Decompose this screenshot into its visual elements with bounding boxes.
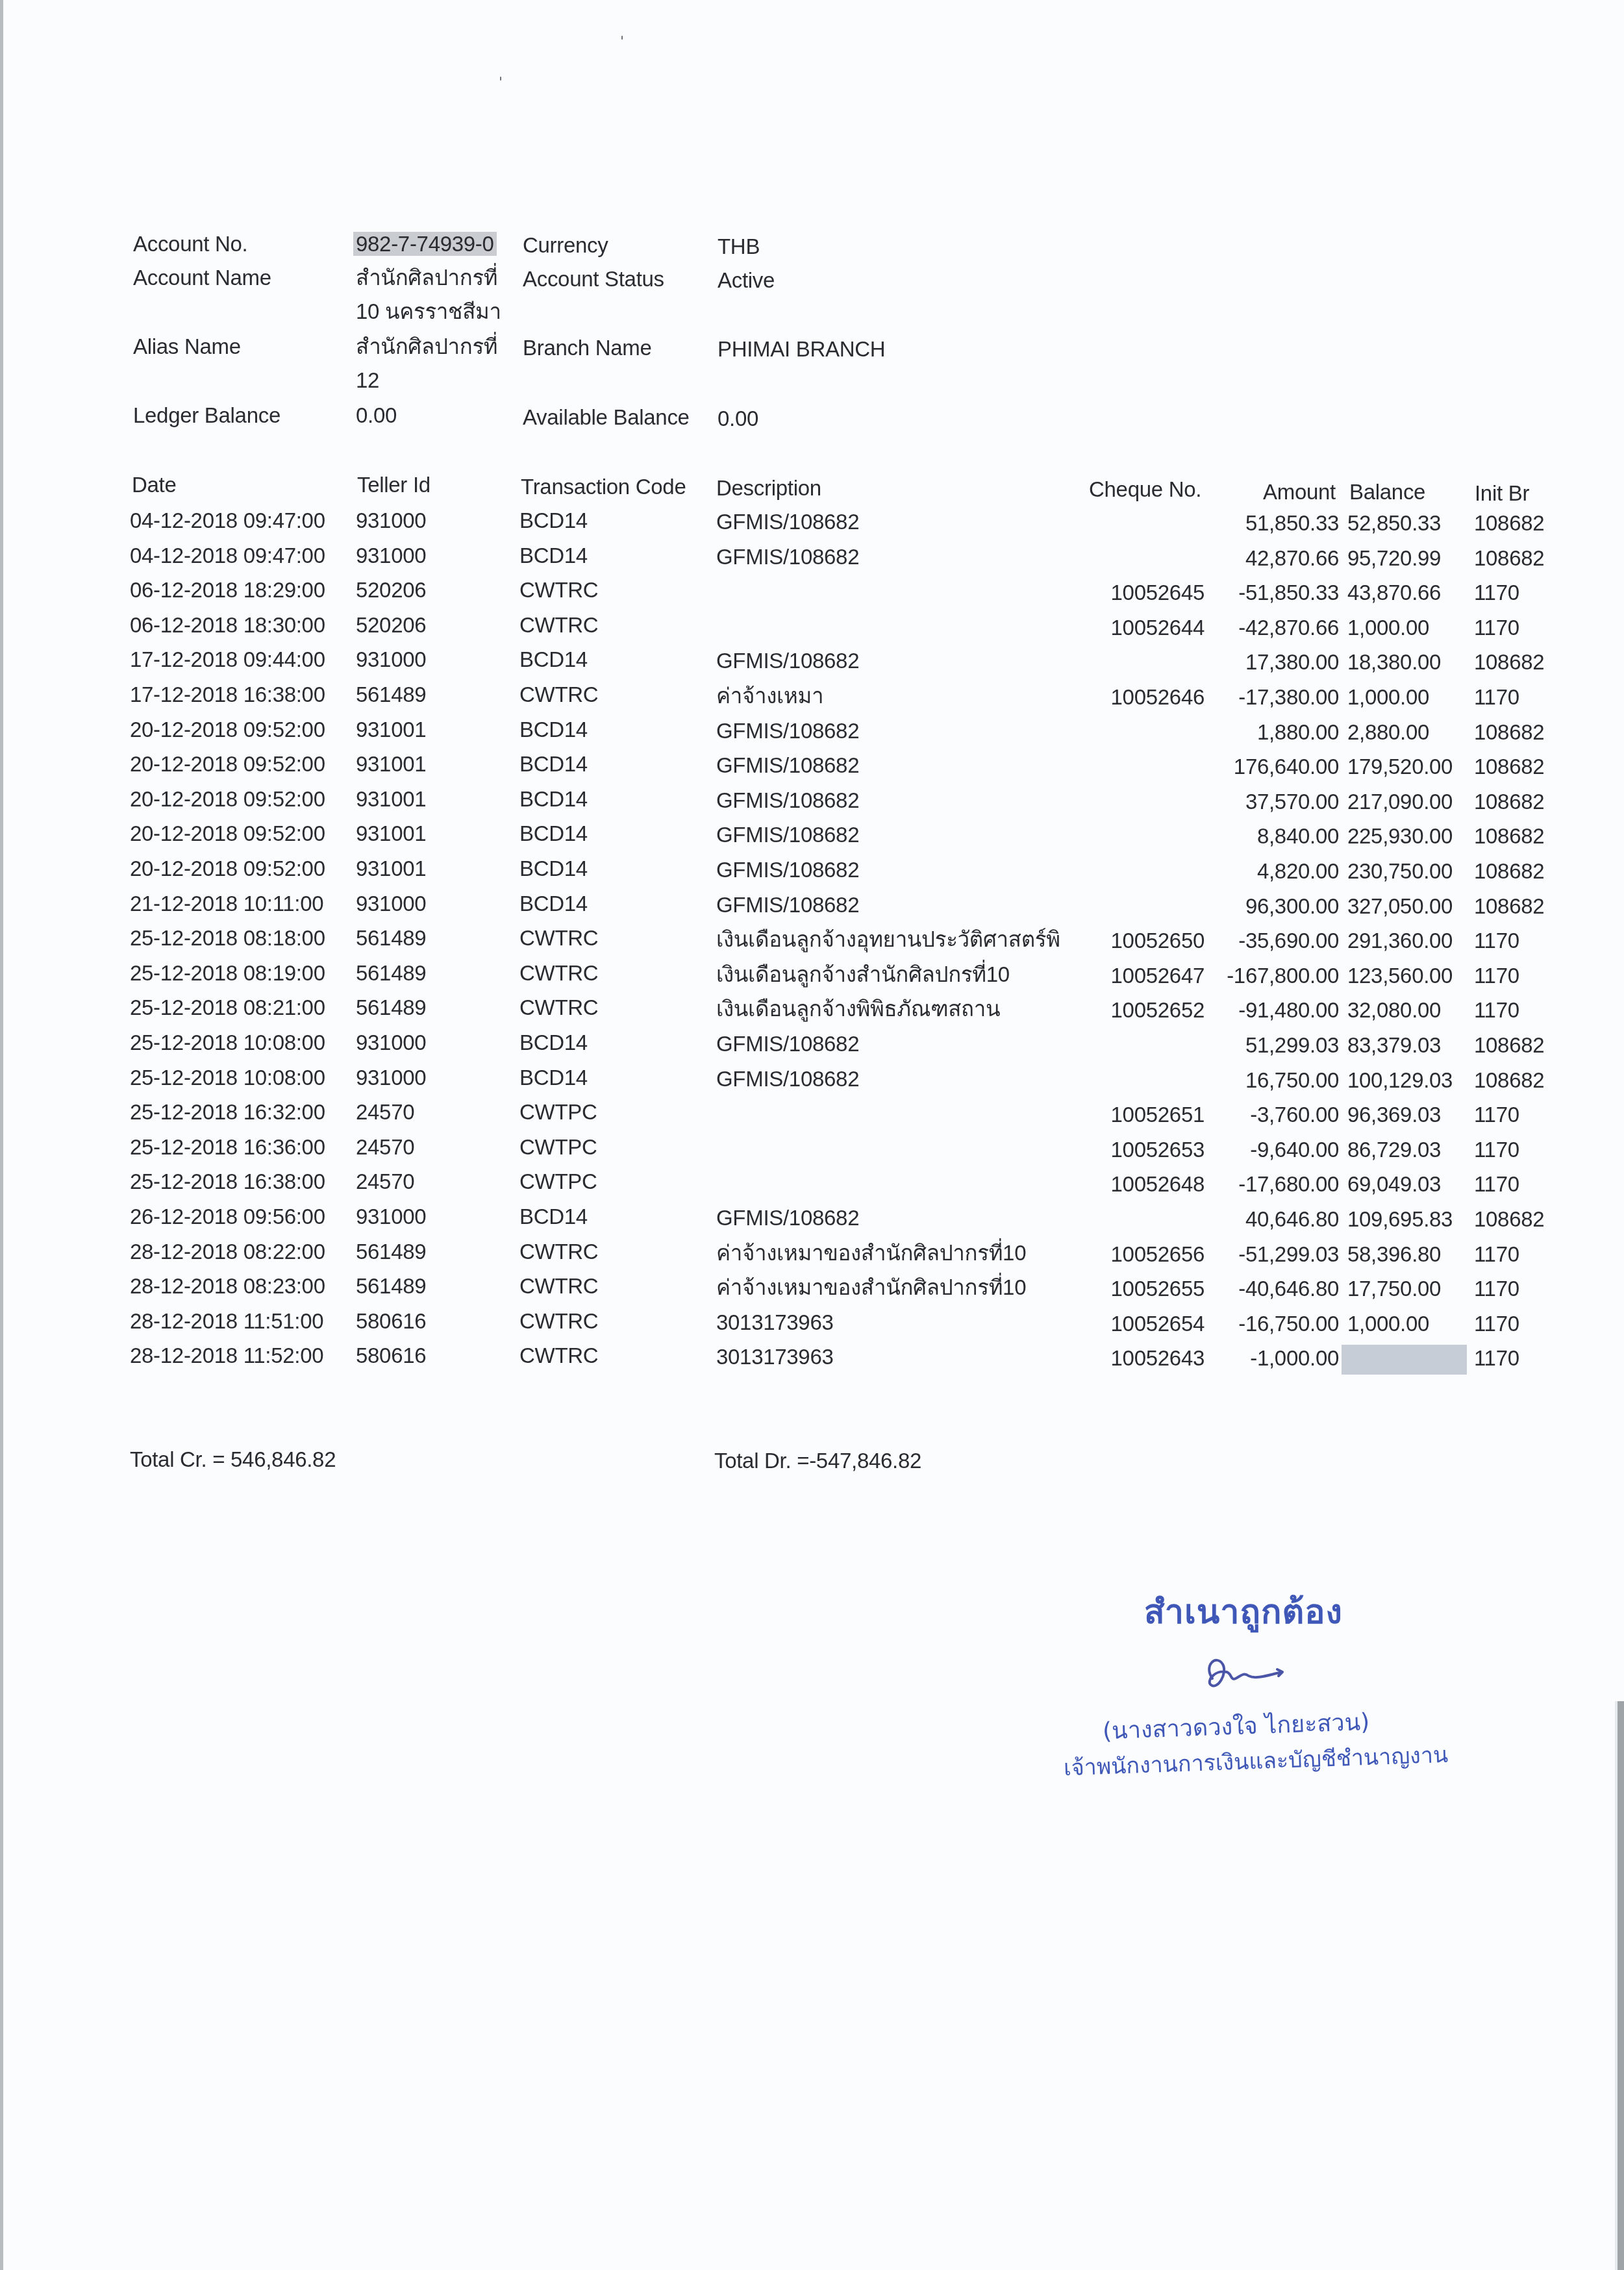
cell-date: 04-12-2018 09:47:00 [130,508,325,534]
cell-transaction-code: CWTRC [519,1308,598,1334]
cell-init-br: 108682 [1474,858,1544,884]
branch-name-value: PHIMAI BRANCH [718,336,885,362]
cell-teller-id: 580616 [356,1308,426,1334]
cell-description: GFMIS/108682 [716,1031,859,1057]
cell-date: 25-12-2018 08:19:00 [130,960,325,986]
cell-teller-id: 931001 [356,786,426,812]
cell-teller-id: 931000 [356,508,426,534]
cell-date: 17-12-2018 09:44:00 [130,647,325,673]
cell-balance: 96,369.03 [1347,1102,1441,1128]
available-balance-value: 0.00 [718,406,758,432]
cell-date: 20-12-2018 09:52:00 [130,786,325,812]
cell-transaction-code: CWTPC [519,1099,597,1125]
cell-amount: 40,646.80 [1079,1206,1339,1232]
cell-amount: 8,840.00 [1079,823,1339,849]
cell-teller-id: 561489 [356,960,426,986]
cell-transaction-code: CWTRC [519,1343,598,1369]
cell-transaction-code: BCD14 [519,821,588,847]
cell-transaction-code: CWTRC [519,1273,598,1299]
cell-teller-id: 520206 [356,577,426,603]
account-no-label: Account No. [133,231,247,257]
cell-amount: 96,300.00 [1079,893,1339,919]
cell-balance: 43,870.66 [1347,580,1441,606]
cell-teller-id: 561489 [356,1273,426,1299]
scan-speck [621,36,623,40]
cell-date: 25-12-2018 08:21:00 [130,995,325,1021]
cell-init-br: 108682 [1474,649,1544,675]
cell-balance: 217,090.00 [1347,789,1453,815]
cell-date: 28-12-2018 08:23:00 [130,1273,325,1299]
cell-description: 3013173963 [716,1344,834,1370]
cell-description: GFMIS/108682 [716,788,859,814]
cell-balance: 86,729.03 [1347,1137,1441,1163]
cell-init-br: 1170 [1474,1171,1519,1197]
cell-balance: 32,080.00 [1347,997,1441,1023]
cell-date: 17-12-2018 16:38:00 [130,682,325,708]
cell-balance: 2,880.00 [1347,719,1429,745]
cell-amount: 37,570.00 [1079,789,1339,815]
header-description: Description [716,475,821,501]
scan-edge-right-highlight [1615,1701,1618,2270]
available-balance-label: Available Balance [523,405,690,430]
cell-init-br: 1170 [1474,580,1519,606]
cell-transaction-code: CWTRC [519,682,598,708]
cell-balance: 17,750.00 [1347,1276,1441,1302]
cell-balance: 95,720.99 [1347,545,1441,571]
balance-highlight-mark [1342,1345,1467,1375]
cell-teller-id: 931001 [356,856,426,882]
cell-init-br: 1170 [1474,963,1519,989]
cell-init-br: 108682 [1474,719,1544,745]
cell-teller-id: 931000 [356,891,426,917]
header-cheque-no: Cheque No. [1089,477,1201,503]
cell-date: 28-12-2018 11:52:00 [130,1343,323,1369]
total-debit: Total Dr. =-547,846.82 [714,1448,921,1474]
cell-teller-id: 561489 [356,682,426,708]
cell-balance: 123,560.00 [1347,963,1453,989]
cell-date: 25-12-2018 08:18:00 [130,925,325,951]
cell-transaction-code: CWTRC [519,577,598,603]
cell-balance: 291,360.00 [1347,928,1453,954]
header-amount: Amount [1263,479,1336,505]
cell-transaction-code: BCD14 [519,543,588,569]
cell-amount: -1,000.00 [1079,1345,1339,1371]
header-teller-id: Teller Id [357,472,431,498]
cell-balance: 179,520.00 [1347,754,1453,780]
cell-teller-id: 931000 [356,1204,426,1230]
cell-balance: 1,000.00 [1347,684,1429,710]
cell-init-br: 1170 [1474,1311,1519,1337]
cell-date: 20-12-2018 09:52:00 [130,751,325,777]
cell-date: 21-12-2018 10:11:00 [130,891,323,917]
cell-teller-id: 931001 [356,751,426,777]
cell-teller-id: 931001 [356,717,426,743]
branch-name-label: Branch Name [523,335,651,361]
cell-transaction-code: BCD14 [519,1030,588,1056]
cell-init-br: 1170 [1474,1137,1519,1163]
cell-init-br: 108682 [1474,789,1544,815]
cell-transaction-code: CWTRC [519,925,598,951]
account-status-value: Active [718,268,775,293]
cell-teller-id: 561489 [356,1239,426,1265]
currency-label: Currency [523,232,608,258]
scan-speck [500,77,501,81]
cell-init-br: 1170 [1474,615,1519,641]
cell-amount: 16,750.00 [1079,1067,1339,1093]
cell-date: 25-12-2018 16:38:00 [130,1169,325,1195]
cell-date: 20-12-2018 09:52:00 [130,856,325,882]
cell-description: GFMIS/108682 [716,718,859,744]
cell-amount: -17,680.00 [1079,1171,1339,1197]
cell-teller-id: 561489 [356,995,426,1021]
cell-balance: 230,750.00 [1347,858,1453,884]
cell-init-br: 1170 [1474,1345,1519,1371]
alias-name-line2: 12 [356,368,379,393]
cell-amount: -51,850.33 [1079,580,1339,606]
cell-transaction-code: BCD14 [519,786,588,812]
cell-balance: 1,000.00 [1347,1311,1429,1337]
cell-transaction-code: BCD14 [519,508,588,534]
alias-name-line1: สำนักศิลปากรที่ [356,334,497,360]
cell-description: GFMIS/108682 [716,1066,859,1092]
cell-transaction-code: BCD14 [519,647,588,673]
scan-edge-right [1618,1701,1624,2270]
cell-init-br: 108682 [1474,1067,1544,1093]
account-name-line2: 10 นครราชสีมา [356,299,501,325]
cell-amount: 176,640.00 [1079,754,1339,780]
cell-teller-id: 931000 [356,1065,426,1091]
cell-transaction-code: BCD14 [519,751,588,777]
cell-amount: 51,850.33 [1079,510,1339,536]
cell-date: 20-12-2018 09:52:00 [130,821,325,847]
cell-date: 25-12-2018 16:36:00 [130,1134,325,1160]
cell-date: 25-12-2018 10:08:00 [130,1030,325,1056]
cell-init-br: 108682 [1474,823,1544,849]
cell-balance: 327,050.00 [1347,893,1453,919]
total-credit: Total Cr. = 546,846.82 [130,1447,336,1473]
cell-init-br: 1170 [1474,928,1519,954]
alias-name-label: Alias Name [133,334,241,360]
cell-teller-id: 24570 [356,1134,414,1160]
cell-amount: 51,299.03 [1079,1032,1339,1058]
cell-balance: 109,695.83 [1347,1206,1453,1232]
cell-balance: 225,930.00 [1347,823,1453,849]
cell-transaction-code: CWTRC [519,612,598,638]
cell-amount: -91,480.00 [1079,997,1339,1023]
certified-copy-stamp: สำเนาถูกต้อง [1144,1584,1343,1638]
cell-teller-id: 931000 [356,647,426,673]
cell-description: GFMIS/108682 [716,822,859,848]
cell-description: GFMIS/108682 [716,648,859,674]
cell-teller-id: 931001 [356,821,426,847]
cell-balance: 1,000.00 [1347,615,1429,641]
cell-teller-id: 561489 [356,925,426,951]
cell-description: ค่าจ้างเหมา [716,683,823,709]
cell-transaction-code: BCD14 [519,856,588,882]
cell-init-br: 108682 [1474,893,1544,919]
cell-init-br: 108682 [1474,510,1544,536]
cell-init-br: 1170 [1474,1241,1519,1267]
cell-balance: 18,380.00 [1347,649,1441,675]
cell-amount: -16,750.00 [1079,1311,1339,1337]
cell-balance: 83,379.03 [1347,1032,1441,1058]
cell-date: 06-12-2018 18:30:00 [130,612,325,638]
cell-description: GFMIS/108682 [716,509,859,535]
cell-teller-id: 931000 [356,1030,426,1056]
cell-transaction-code: BCD14 [519,1065,588,1091]
cell-date: 28-12-2018 08:22:00 [130,1239,325,1265]
account-status-label: Account Status [523,266,664,292]
account-name-line1: สำนักศิลปากรที่ [356,265,497,291]
header-transaction-code: Transaction Code [521,474,686,500]
cell-date: 04-12-2018 09:47:00 [130,543,325,569]
cell-teller-id: 24570 [356,1169,414,1195]
cell-amount: -167,800.00 [1079,963,1339,989]
cell-transaction-code: CWTRC [519,1239,598,1265]
cell-amount: -9,640.00 [1079,1137,1339,1163]
cell-date: 06-12-2018 18:29:00 [130,577,325,603]
cell-description: GFMIS/108682 [716,753,859,779]
header-date: Date [132,472,177,498]
cell-date: 25-12-2018 16:32:00 [130,1099,325,1125]
cell-init-br: 108682 [1474,545,1544,571]
cell-balance: 52,850.33 [1347,510,1441,536]
cell-amount: -42,870.66 [1079,615,1339,641]
cell-init-br: 1170 [1474,684,1519,710]
ledger-balance-value: 0.00 [356,403,397,429]
ledger-balance-label: Ledger Balance [133,403,281,429]
cell-amount: -35,690.00 [1079,928,1339,954]
cell-transaction-code: CWTRC [519,960,598,986]
cell-transaction-code: BCD14 [519,891,588,917]
cell-init-br: 1170 [1474,1276,1519,1302]
account-no-value: 982-7-74939-0 [353,232,497,256]
cell-amount: 4,820.00 [1079,858,1339,884]
cell-amount: -51,299.03 [1079,1241,1339,1267]
handwritten-signature [1198,1653,1289,1698]
cell-date: 26-12-2018 09:56:00 [130,1204,325,1230]
cell-transaction-code: CWTRC [519,995,598,1021]
cell-amount: 42,870.66 [1079,545,1339,571]
account-name-label: Account Name [133,265,271,291]
header-init-br: Init Br [1475,480,1529,506]
cell-balance: 58,396.80 [1347,1241,1441,1267]
cell-amount: -17,380.00 [1079,684,1339,710]
cell-transaction-code: BCD14 [519,717,588,743]
header-balance: Balance [1349,479,1425,505]
cell-date: 28-12-2018 11:51:00 [130,1308,323,1334]
cell-balance: 69,049.03 [1347,1171,1441,1197]
cell-date: 20-12-2018 09:52:00 [130,717,325,743]
cell-description: GFMIS/108682 [716,1205,859,1231]
cell-description: GFMIS/108682 [716,544,859,570]
cell-amount: -3,760.00 [1079,1102,1339,1128]
cell-amount: 17,380.00 [1079,649,1339,675]
cell-amount: 1,880.00 [1079,719,1339,745]
cell-transaction-code: CWTPC [519,1134,597,1160]
cell-teller-id: 520206 [356,612,426,638]
cell-init-br: 1170 [1474,1102,1519,1128]
cell-teller-id: 24570 [356,1099,414,1125]
cell-description: GFMIS/108682 [716,857,859,883]
cell-description: 3013173963 [716,1310,834,1336]
currency-value: THB [718,234,760,260]
cell-init-br: 108682 [1474,754,1544,780]
cell-description: GFMIS/108682 [716,892,859,918]
cell-init-br: 108682 [1474,1032,1544,1058]
cell-balance: 100,129.03 [1347,1067,1453,1093]
cell-teller-id: 931000 [356,543,426,569]
cell-teller-id: 580616 [356,1343,426,1369]
cell-init-br: 1170 [1474,997,1519,1023]
cell-amount: -40,646.80 [1079,1276,1339,1302]
cell-date: 25-12-2018 10:08:00 [130,1065,325,1091]
cell-transaction-code: CWTPC [519,1169,597,1195]
cell-transaction-code: BCD14 [519,1204,588,1230]
scan-edge-left [0,0,3,2270]
cell-init-br: 108682 [1474,1206,1544,1232]
